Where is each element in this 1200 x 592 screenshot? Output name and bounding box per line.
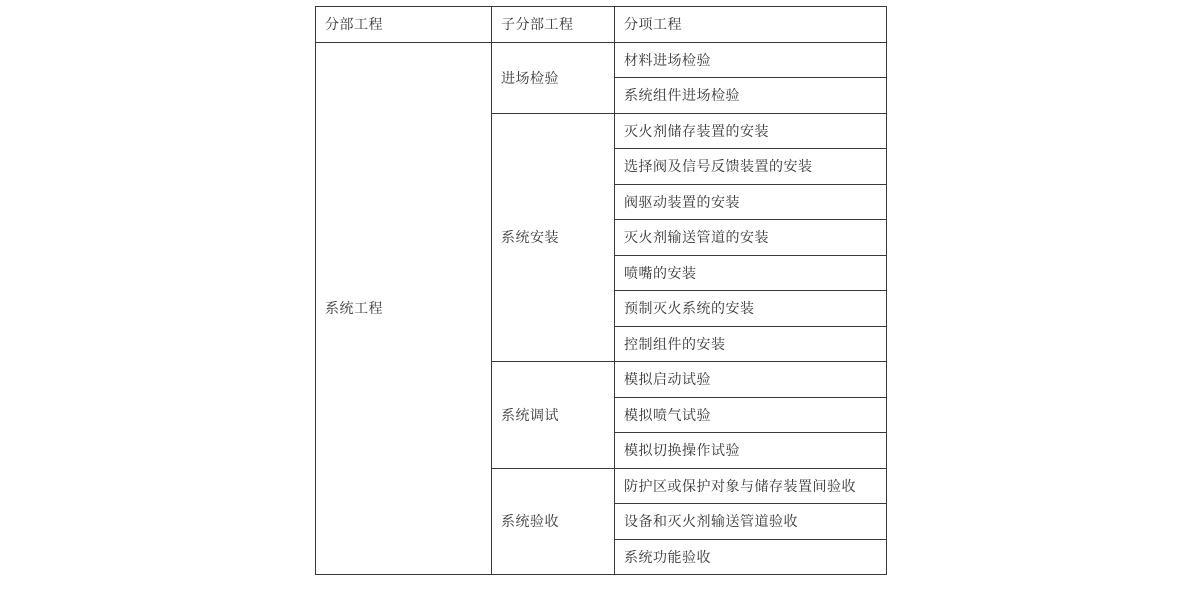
item-cell: 模拟喷气试验 xyxy=(615,397,887,433)
table-row: 系统工程 进场检验 材料进场检验 xyxy=(316,42,887,78)
item-cell: 模拟切换操作试验 xyxy=(615,433,887,469)
division-cell: 系统工程 xyxy=(316,42,492,575)
subdivision-cell: 系统验收 xyxy=(492,468,615,575)
header-division: 分部工程 xyxy=(316,7,492,43)
item-cell: 防护区或保护对象与储存装置间验收 xyxy=(615,468,887,504)
subdivision-cell: 系统安装 xyxy=(492,113,615,362)
item-cell: 设备和灭火剂输送管道验收 xyxy=(615,504,887,540)
item-cell: 喷嘴的安装 xyxy=(615,255,887,291)
table-header-row: 分部工程 子分部工程 分项工程 xyxy=(316,7,887,43)
item-cell: 模拟启动试验 xyxy=(615,362,887,398)
subdivision-cell: 进场检验 xyxy=(492,42,615,113)
item-cell: 系统组件进场检验 xyxy=(615,78,887,114)
item-cell: 材料进场检验 xyxy=(615,42,887,78)
item-cell: 系统功能验收 xyxy=(615,539,887,575)
item-cell: 灭火剂储存装置的安装 xyxy=(615,113,887,149)
subdivision-cell: 系统调试 xyxy=(492,362,615,469)
item-cell: 灭火剂输送管道的安装 xyxy=(615,220,887,256)
engineering-division-table: 分部工程 子分部工程 分项工程 系统工程 进场检验 材料进场检验 系统组件进场检… xyxy=(315,6,887,575)
item-cell: 预制灭火系统的安装 xyxy=(615,291,887,327)
item-cell: 控制组件的安装 xyxy=(615,326,887,362)
header-item: 分项工程 xyxy=(615,7,887,43)
item-cell: 阀驱动装置的安装 xyxy=(615,184,887,220)
header-subdivision: 子分部工程 xyxy=(492,7,615,43)
item-cell: 选择阀及信号反馈装置的安装 xyxy=(615,149,887,185)
